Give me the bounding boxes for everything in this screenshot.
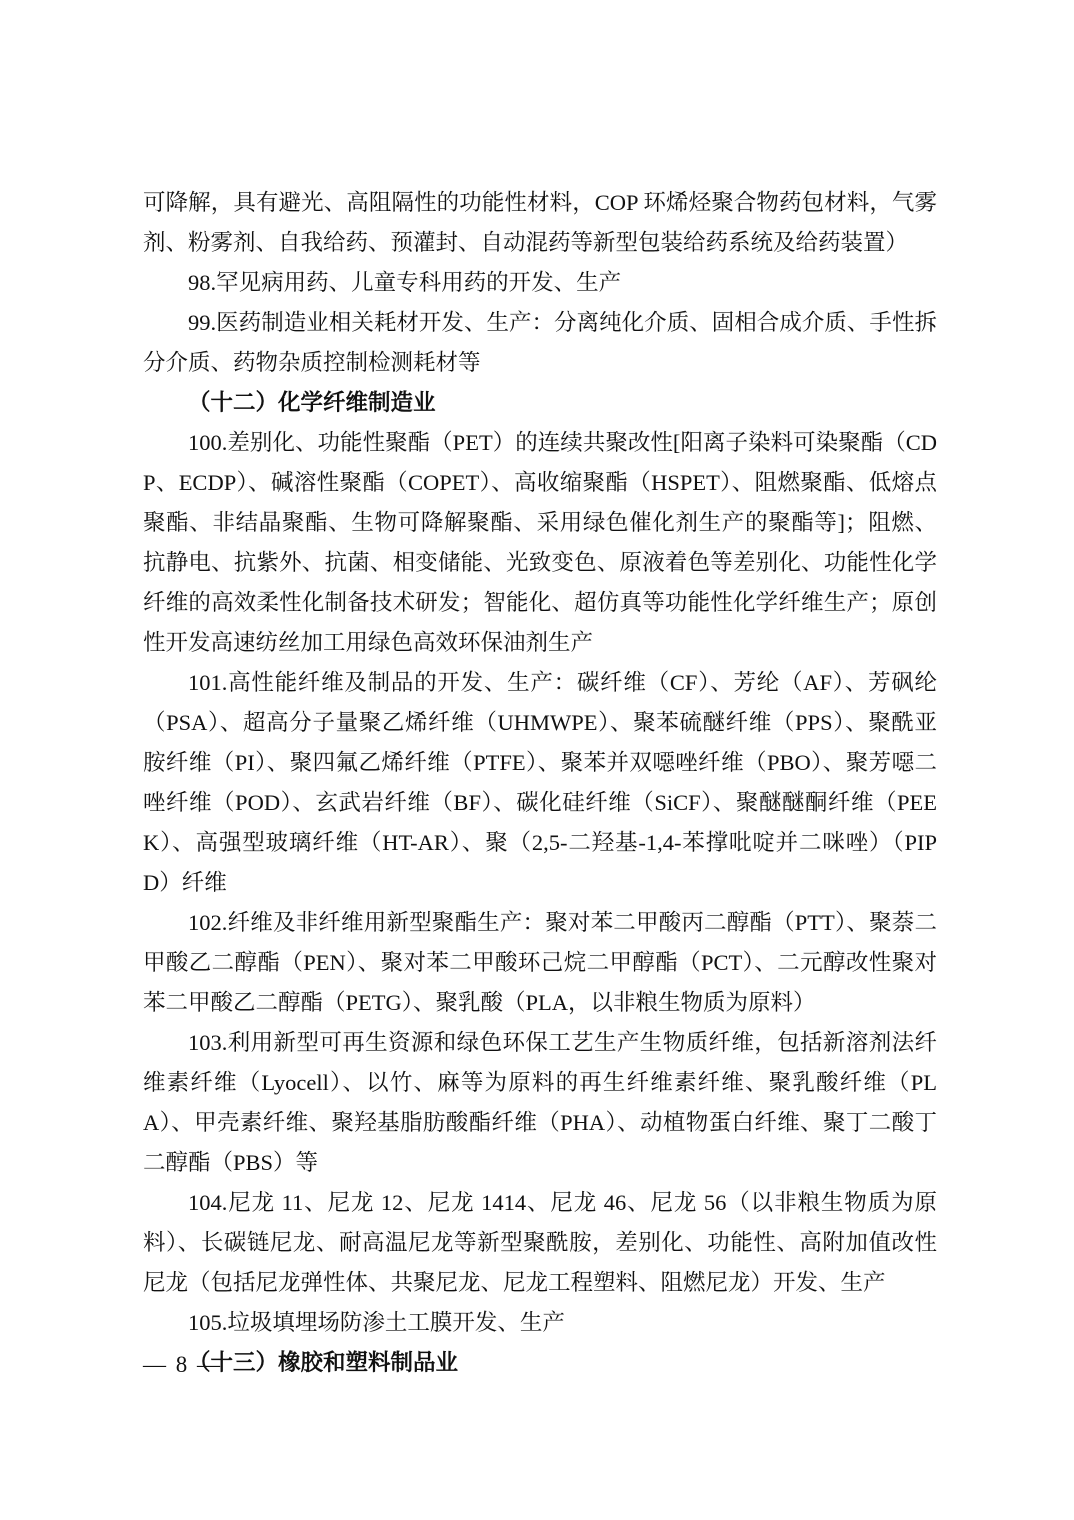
item-105: 105.垃圾填埋场防渗土工膜开发、生产 <box>143 1303 937 1343</box>
page-number: — 8 — <box>143 1352 222 1378</box>
item-99: 99.医药制造业相关耗材开发、生产：分离纯化介质、固相合成介质、手性拆分介质、药… <box>143 303 937 383</box>
document-text-block: 可降解，具有避光、高阻隔性的功能性材料，COP 环烯烃聚合物药包材料，气雾剂、粉… <box>143 183 937 1383</box>
section-heading-12-chemical-fiber: （十二）化学纤维制造业 <box>143 383 937 423</box>
item-98: 98.罕见病用药、儿童专科用药的开发、生产 <box>143 263 937 303</box>
item-103: 103.利用新型可再生资源和绿色环保工艺生产生物质纤维，包括新溶剂法纤维素纤维（… <box>143 1023 937 1183</box>
item-100: 100.差别化、功能性聚酯（PET）的连续共聚改性[阳离子染料可染聚酯（CDP、… <box>143 423 937 663</box>
document-page: 可降解，具有避光、高阻隔性的功能性材料，COP 环烯烃聚合物药包材料，气雾剂、粉… <box>0 0 1074 1520</box>
item-104: 104.尼龙 11、尼龙 12、尼龙 1414、尼龙 46、尼龙 56（以非粮生… <box>143 1183 937 1303</box>
item-102: 102.纤维及非纤维用新型聚酯生产：聚对苯二甲酸丙二醇酯（PTT）、聚萘二甲酸乙… <box>143 903 937 1023</box>
section-heading-13-rubber-plastic: （十三）橡胶和塑料制品业 <box>143 1343 937 1383</box>
item-101: 101.高性能纤维及制品的开发、生产：碳纤维（CF）、芳纶（AF）、芳砜纶（PS… <box>143 663 937 903</box>
paragraph-97-continuation: 可降解，具有避光、高阻隔性的功能性材料，COP 环烯烃聚合物药包材料，气雾剂、粉… <box>143 183 937 263</box>
